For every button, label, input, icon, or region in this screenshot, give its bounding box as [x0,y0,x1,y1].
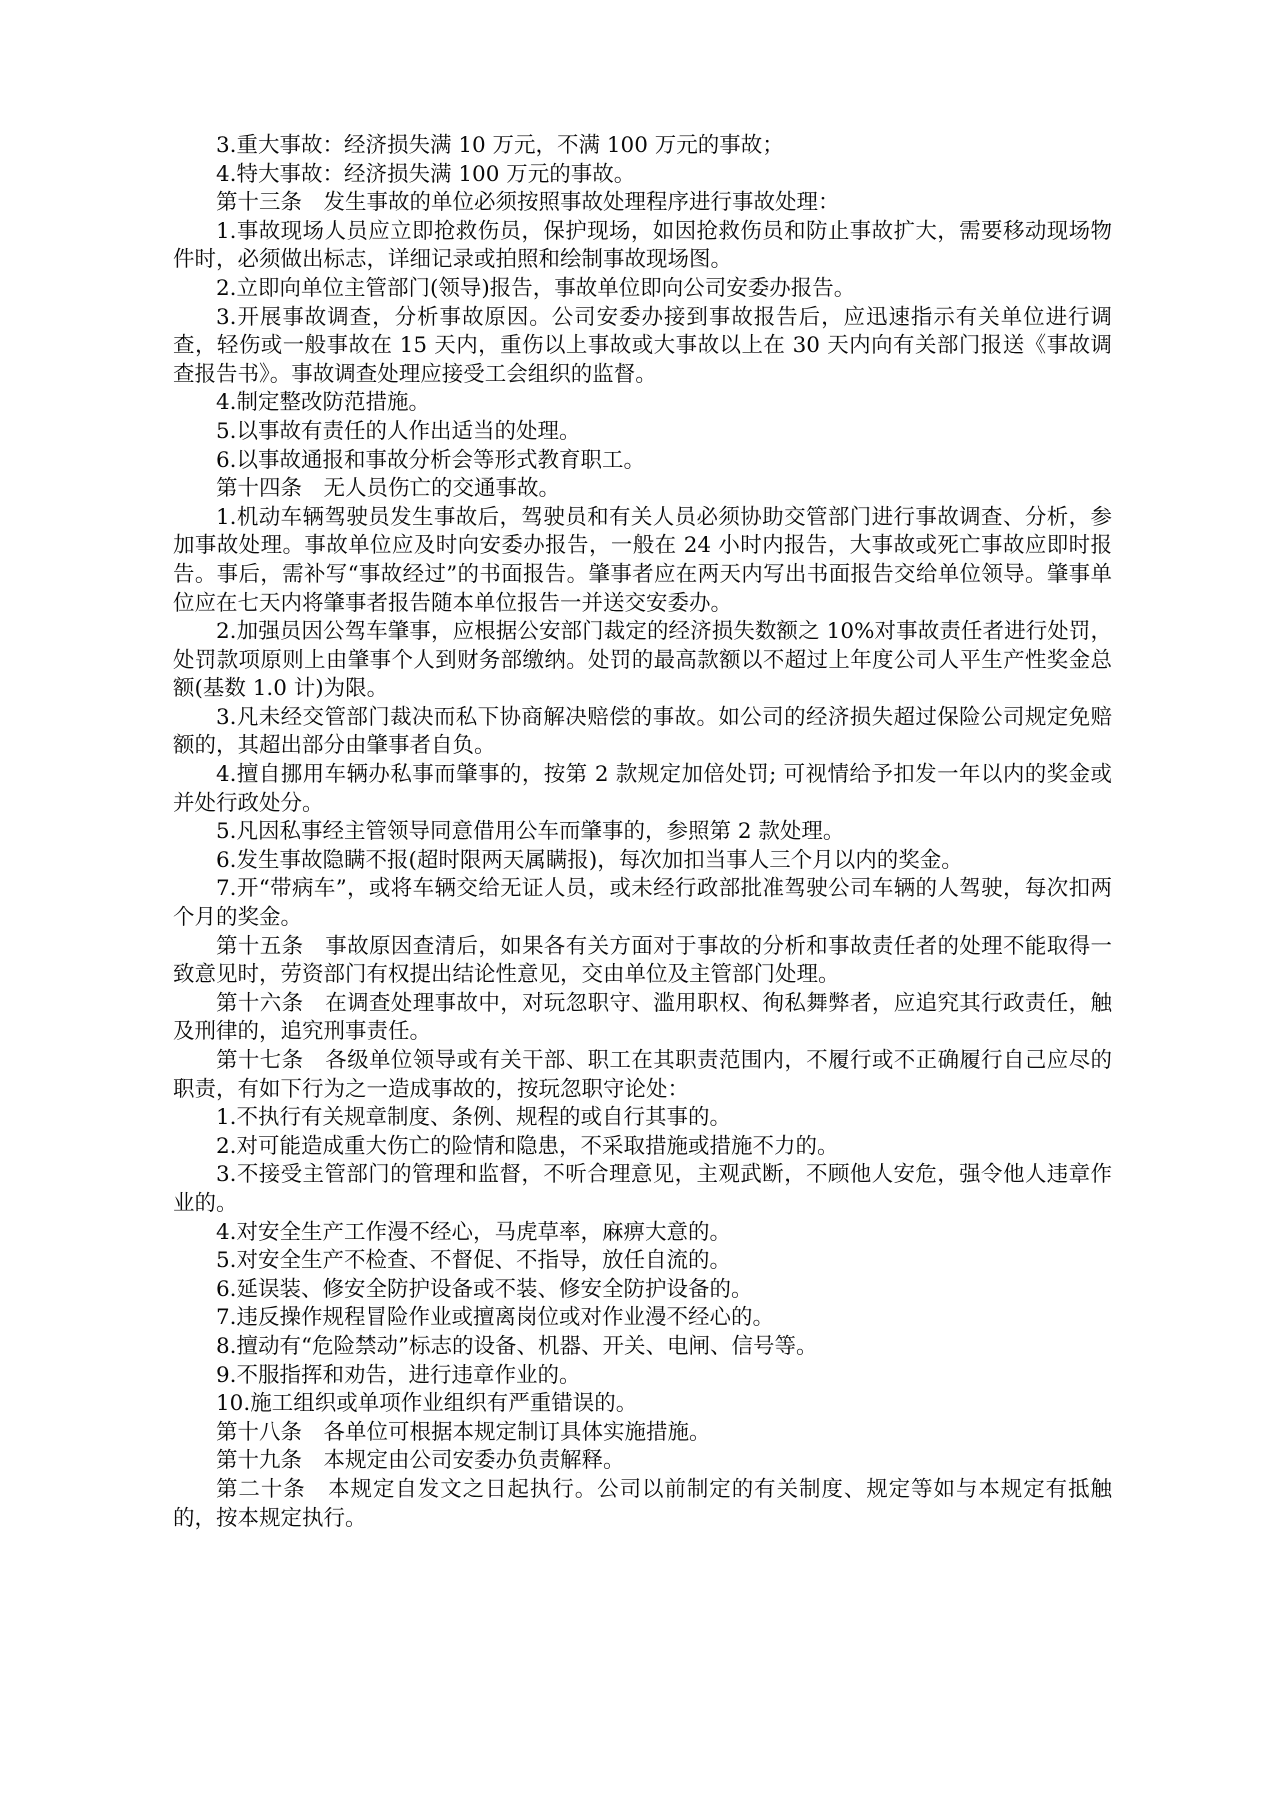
paragraph: 10.施工组织或单项作业组织有严重错误的。 [173,1390,1112,1419]
paragraph: 3.重大事故：经济损失满 10 万元，不满 100 万元的事故； [173,132,1112,161]
paragraph: 7.违反操作规程冒险作业或擅离岗位或对作业漫不经心的。 [173,1304,1112,1333]
paragraph: 3.开展事故调查，分析事故原因。公司安委办接到事故报告后，应迅速指示有关单位进行… [173,304,1112,390]
article-heading-17: 第十七条 各级单位领导或有关干部、职工在其职责范围内，不履行或不正确履行自己应尽… [173,1047,1112,1104]
paragraph: 2.对可能造成重大伤亡的险情和隐患，不采取措施或措施不力的。 [173,1133,1112,1162]
paragraph: 1.机动车辆驾驶员发生事故后，驾驶员和有关人员必须协助交管部门进行事故调查、分析… [173,504,1112,618]
article-heading-18: 第十八条 各单位可根据本规定制订具体实施措施。 [173,1419,1112,1448]
paragraph: 7.开“带病车”，或将车辆交给无证人员，或未经行政部批准驾驶公司车辆的人驾驶，每… [173,875,1112,932]
page-background: { "document": { "paragraphs": [ "3.重大事故：… [0,0,1280,1810]
paragraph: 4.特大事故：经济损失满 100 万元的事故。 [173,161,1112,190]
paragraph: 4.制定整改防范措施。 [173,389,1112,418]
article-heading-19: 第十九条 本规定由公司安委办负责解释。 [173,1447,1112,1476]
paragraph: 1.不执行有关规章制度、条例、规程的或自行其事的。 [173,1104,1112,1133]
paragraph: 9.不服指挥和劝告，进行违章作业的。 [173,1362,1112,1391]
paragraph: 8.擅动有“危险禁动”标志的设备、机器、开关、电闸、信号等。 [173,1333,1112,1362]
article-heading-20: 第二十条 本规定自发文之日起执行。公司以前制定的有关制度、规定等如与本规定有抵触… [173,1476,1112,1533]
paragraph: 5.凡因私事经主管领导同意借用公车而肇事的，参照第 2 款处理。 [173,818,1112,847]
paragraph: 5.对安全生产不检查、不督促、不指导，放任自流的。 [173,1247,1112,1276]
paragraph: 1.事故现场人员应立即抢救伤员，保护现场，如因抢救伤员和防止事故扩大，需要移动现… [173,218,1112,275]
paragraph: 4.擅自挪用车辆办私事而肇事的，按第 2 款规定加倍处罚; 可视情给予扣发一年以… [173,761,1112,818]
article-heading-14: 第十四条 无人员伤亡的交通事故。 [173,475,1112,504]
article-heading-13: 第十三条 发生事故的单位必须按照事故处理程序进行事故处理： [173,189,1112,218]
paragraph: 6.以事故通报和事故分析会等形式教育职工。 [173,447,1112,476]
paragraph: 2.立即向单位主管部门(领导)报告，事故单位即向公司安委办报告。 [173,275,1112,304]
paragraph: 6.延误装、修安全防护设备或不装、修安全防护设备的。 [173,1276,1112,1305]
article-heading-16: 第十六条 在调查处理事故中，对玩忽职守、滥用职权、徇私舞弊者，应追究其行政责任，… [173,990,1112,1047]
paragraph: 5.以事故有责任的人作出适当的处理。 [173,418,1112,447]
paragraph: 3.凡未经交管部门裁决而私下协商解决赔偿的事故。如公司的经济损失超过保险公司规定… [173,704,1112,761]
document-page: 3.重大事故：经济损失满 10 万元，不满 100 万元的事故； 4.特大事故：… [0,0,1280,1810]
paragraph: 6.发生事故隐瞒不报(超时限两天属瞒报)，每次加扣当事人三个月以内的奖金。 [173,847,1112,876]
paragraph: 2.加强员因公驾车肇事，应根据公安部门裁定的经济损失数额之 10%对事故责任者进… [173,618,1112,704]
article-heading-15: 第十五条 事故原因查清后，如果各有关方面对于事故的分析和事故责任者的处理不能取得… [173,933,1112,990]
paragraph: 4.对安全生产工作漫不经心，马虎草率，麻痹大意的。 [173,1219,1112,1248]
paragraph: 3.不接受主管部门的管理和监督，不听合理意见，主观武断，不顾他人安危，强令他人违… [173,1161,1112,1218]
